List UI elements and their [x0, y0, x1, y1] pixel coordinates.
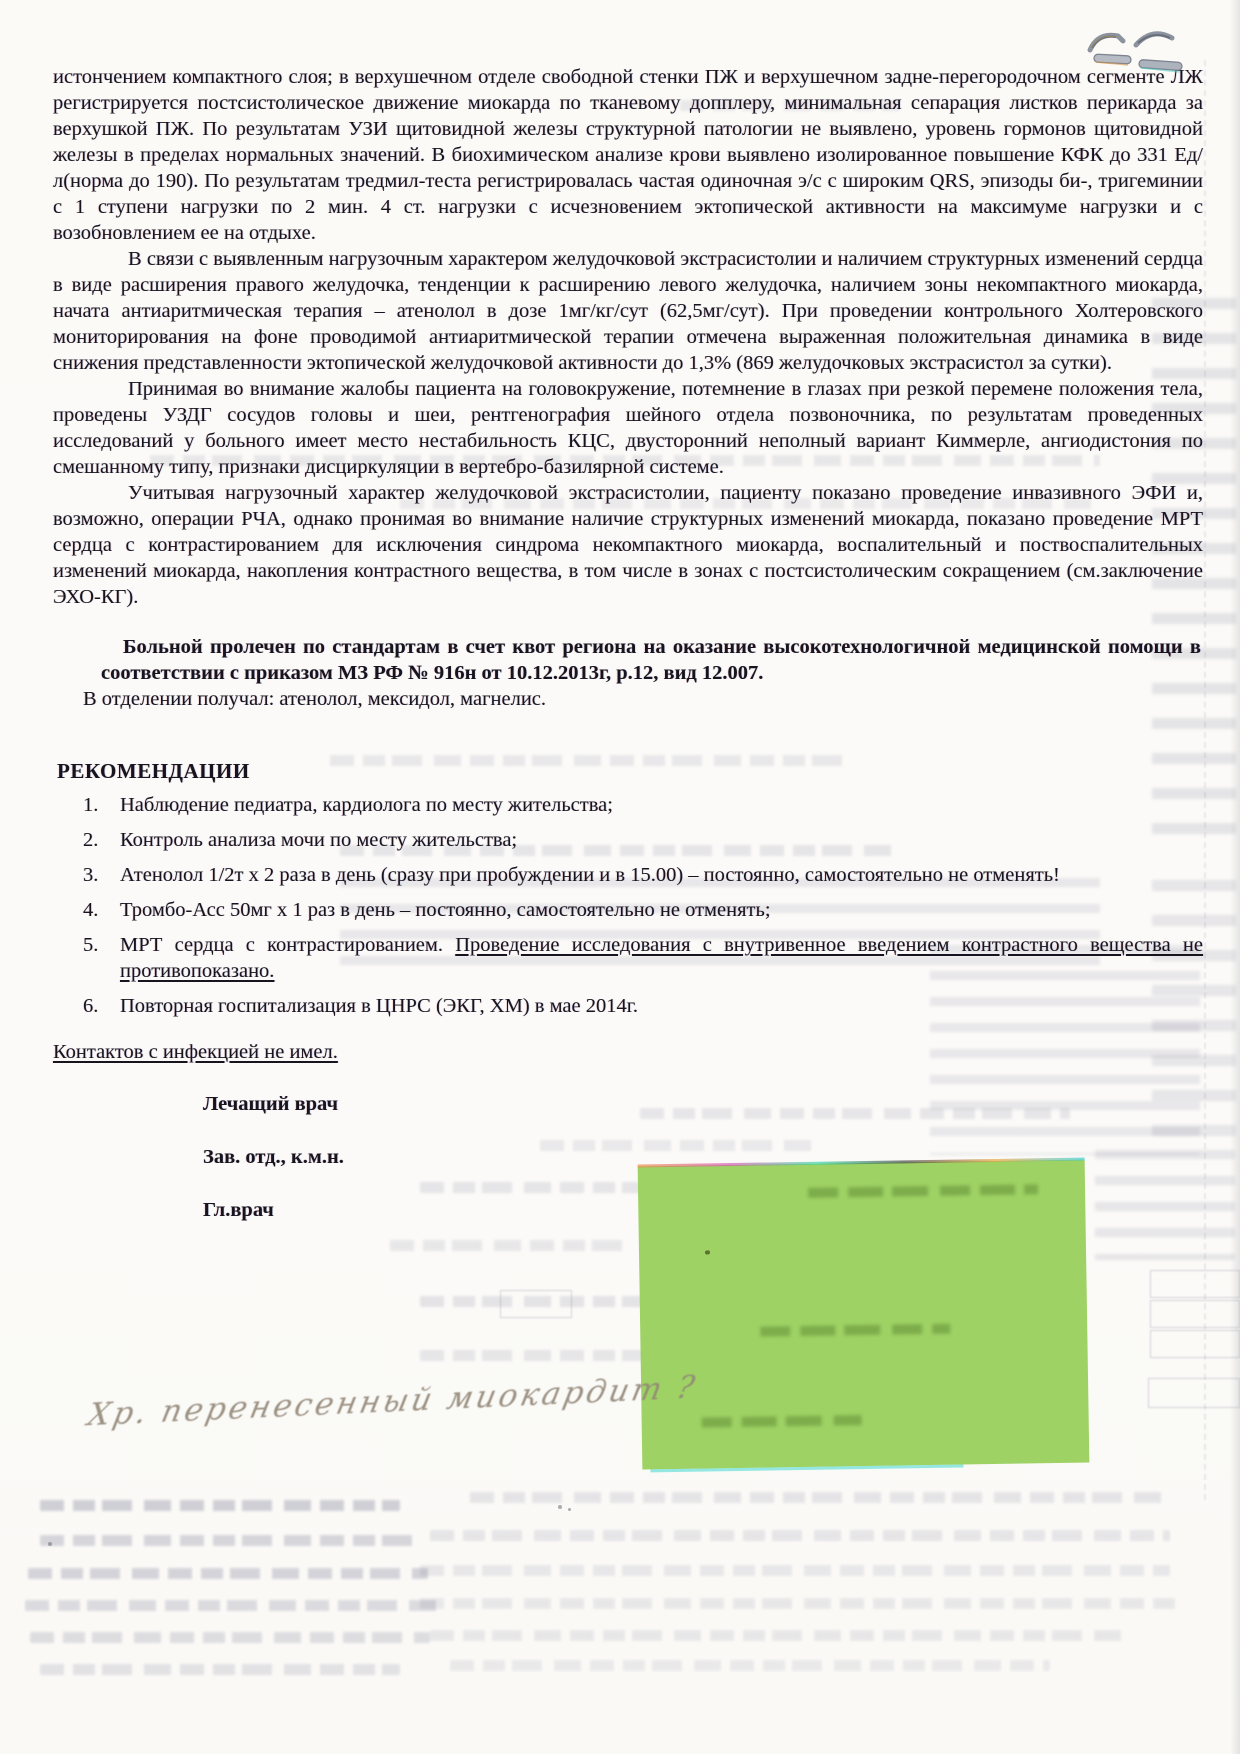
document-body: истончением компактного слоя; в верхушеч…	[53, 64, 1203, 1250]
bleedthrough-table	[1150, 1300, 1240, 1328]
list-item: 2.Контроль анализа мочи по месту жительс…	[53, 827, 1203, 853]
privacy-sticker	[638, 1160, 1090, 1470]
sticker-showthrough-text	[702, 1415, 862, 1428]
bleedthrough-table	[1150, 1330, 1240, 1358]
no-infection-contact-line: Контактов с инфекцией не имел.	[53, 1039, 1203, 1065]
paragraph-echo-findings: истончением компактного слоя; в верхушеч…	[53, 64, 1203, 246]
list-item: 4.Тромбо-Асс 50мг х 1 раз в день – посто…	[53, 897, 1203, 923]
bleedthrough-text	[30, 1632, 430, 1643]
paragraph-mri-indication: Учитывая нагрузочный характер желудочков…	[53, 480, 1203, 610]
list-item-text: Тромбо-Асс 50мг х 1 раз в день – постоян…	[120, 899, 771, 921]
list-item-number: 5.	[83, 932, 98, 958]
list-item-text: МРТ сердца с контрастированием.	[120, 934, 455, 956]
bleedthrough-text	[40, 1664, 400, 1675]
list-item-text: Атенолол 1/2т х 2 раза в день (сразу при…	[120, 864, 1060, 886]
sticker-showthrough-text	[760, 1324, 950, 1337]
list-item-number: 2.	[83, 827, 98, 853]
list-item-number: 4.	[83, 897, 98, 923]
bleedthrough-text	[420, 1565, 1170, 1576]
bleedthrough-table	[500, 1290, 572, 1318]
signature-attending-doctor: Лечащий врач	[203, 1091, 1203, 1117]
ink-speck	[705, 1250, 710, 1254]
list-item: 3.Атенолол 1/2т х 2 раза в день (сразу п…	[53, 862, 1203, 888]
paragraph-complaints: Принимая во внимание жалобы пациента на …	[53, 376, 1203, 480]
list-item-text: Контроль анализа мочи по месту жительств…	[120, 829, 517, 851]
list-item-number: 1.	[83, 792, 98, 818]
list-item-number: 6.	[83, 993, 98, 1019]
list-item: 5.МРТ сердца с контрастированием. Провед…	[53, 932, 1203, 984]
recommendations-list: 1.Наблюдение педиатра, кардиолога по мес…	[53, 792, 1203, 1019]
staple-icon	[1078, 14, 1190, 80]
medications-received-line: В отделении получал: атенолол, мексидол,…	[53, 686, 1203, 712]
list-item: 1.Наблюдение педиатра, кардиолога по мес…	[53, 792, 1203, 818]
bleedthrough-text	[40, 1500, 400, 1511]
bleedthrough-table	[1150, 1270, 1240, 1298]
bleedthrough-text	[430, 1630, 1130, 1641]
paragraph-therapy: В связи с выявленным нагрузочным характе…	[53, 246, 1203, 376]
list-item-number: 3.	[83, 862, 98, 888]
list-item-text: Повторная госпитализация в ЦНРС (ЭКГ, ХМ…	[120, 995, 638, 1017]
bleedthrough-text	[25, 1600, 445, 1611]
list-item-text: Наблюдение педиатра, кардиолога по месту…	[120, 794, 613, 816]
no-infection-contact-text: Контактов с инфекцией не имел.	[53, 1041, 338, 1063]
scanned-page: истончением компактного слоя; в верхушеч…	[0, 0, 1240, 1754]
paragraph-quota-statement: Больной пролечен по стандартам в счет кв…	[101, 634, 1201, 686]
bleedthrough-text	[470, 1492, 1170, 1503]
paper-edge-shadow	[1230, 0, 1240, 1754]
bleedthrough-text	[450, 1660, 1050, 1671]
bleedthrough-text	[40, 1535, 420, 1546]
bleedthrough-text	[420, 1598, 1180, 1609]
pen-dot	[48, 1542, 52, 1546]
list-item: 6.Повторная госпитализация в ЦНРС (ЭКГ, …	[53, 993, 1203, 1019]
bleedthrough-text	[28, 1568, 428, 1579]
sticker-showthrough-text	[808, 1184, 1038, 1198]
bleedthrough-table	[1148, 1378, 1240, 1408]
bleedthrough-text	[430, 1530, 1170, 1541]
recommendations-heading: РЕКОМЕНДАЦИИ	[57, 758, 1203, 784]
pen-dot	[568, 1508, 571, 1511]
pen-dot	[558, 1505, 562, 1509]
